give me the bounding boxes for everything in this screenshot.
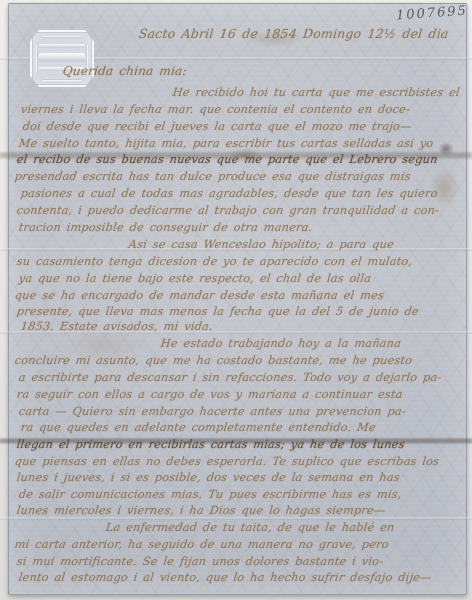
letter-line: a escribirte para descansar i sin refacc…	[18, 371, 442, 384]
letter-line: llegan el primero en recibirlas cartas m…	[16, 438, 405, 451]
letter-line: que se ha encargado de mandar desde esta…	[14, 289, 385, 302]
letter-photograph: 1007695 Sacto Abril 16 de 1854 Domingo 1…	[0, 0, 472, 600]
letter-line: presendad escrita has tan dulce produce …	[14, 170, 411, 183]
letter-line: lunes i jueves, i si es posible, dos vec…	[16, 471, 401, 484]
letter-line: pasiones a cual de todas mas agradables,…	[20, 187, 438, 200]
letter-line: si mui mortificante. Se le fijan unos do…	[16, 555, 384, 568]
letter-line: 1853. Estate avisados, mi vida.	[20, 320, 214, 333]
letter-line: doi desde que recibi el jueves la carta …	[22, 120, 412, 133]
letter-line: He recibido hoi tu carta que me escribis…	[172, 86, 461, 99]
letter-line: ra que quedes en adelante completamente …	[20, 421, 377, 434]
letter-body: Sacto Abril 16 de 1854 Domingo 12½ del d…	[0, 0, 472, 600]
letter-line: Asi se casa Wenceslao hipolito; a para q…	[128, 238, 395, 251]
letter-line: lunes miercoles i viernes, i ha Dios que…	[16, 504, 386, 517]
letter-line: el recibo de sus buenas nuevas que me pa…	[16, 153, 438, 166]
letter-line: viernes i lleva la fecha mar. que conten…	[20, 103, 411, 116]
letter-line: concluire mi asunto, que me ha costado b…	[14, 354, 413, 367]
letter-line: su casamiento tenga dicesion de yo te ap…	[16, 255, 413, 268]
letter-line: tracion imposible de conseguir de otra m…	[18, 221, 313, 234]
letter-line: mi carta anterior, ha seguido de una man…	[14, 538, 390, 551]
letter-line: He estado trabajando hoy a la mañana	[160, 337, 402, 350]
letter-line: presente, que lleva mas menos la fecha q…	[16, 305, 420, 318]
letter-line: ya que no la tiene bajo este respecto, e…	[18, 272, 372, 285]
letter-line: contenta, i puedo dedicarme al trabajo c…	[16, 204, 440, 217]
letter-line: que piensas en ellas no debes esperarla.…	[14, 455, 440, 468]
salutation: Querida china mia:	[62, 64, 188, 78]
letter-line: Me suelto tanto, hijita mia, para escrib…	[18, 137, 434, 150]
letter-line: carta — Quiero sin embargo hacerte antes…	[18, 405, 407, 418]
dateline: Sacto Abril 16 de 1854 Domingo 12½ del d…	[138, 26, 450, 41]
letter-line: ra seguir con ellos a cargo de vos y mar…	[16, 388, 403, 401]
letter-line: lento al estomago i al viento, que lo ha…	[18, 571, 432, 584]
letter-line: de salir comunicaciones mias. Tu pues es…	[18, 488, 402, 501]
letter-line: La enfermedad de tu taita, de que le hab…	[105, 521, 395, 534]
